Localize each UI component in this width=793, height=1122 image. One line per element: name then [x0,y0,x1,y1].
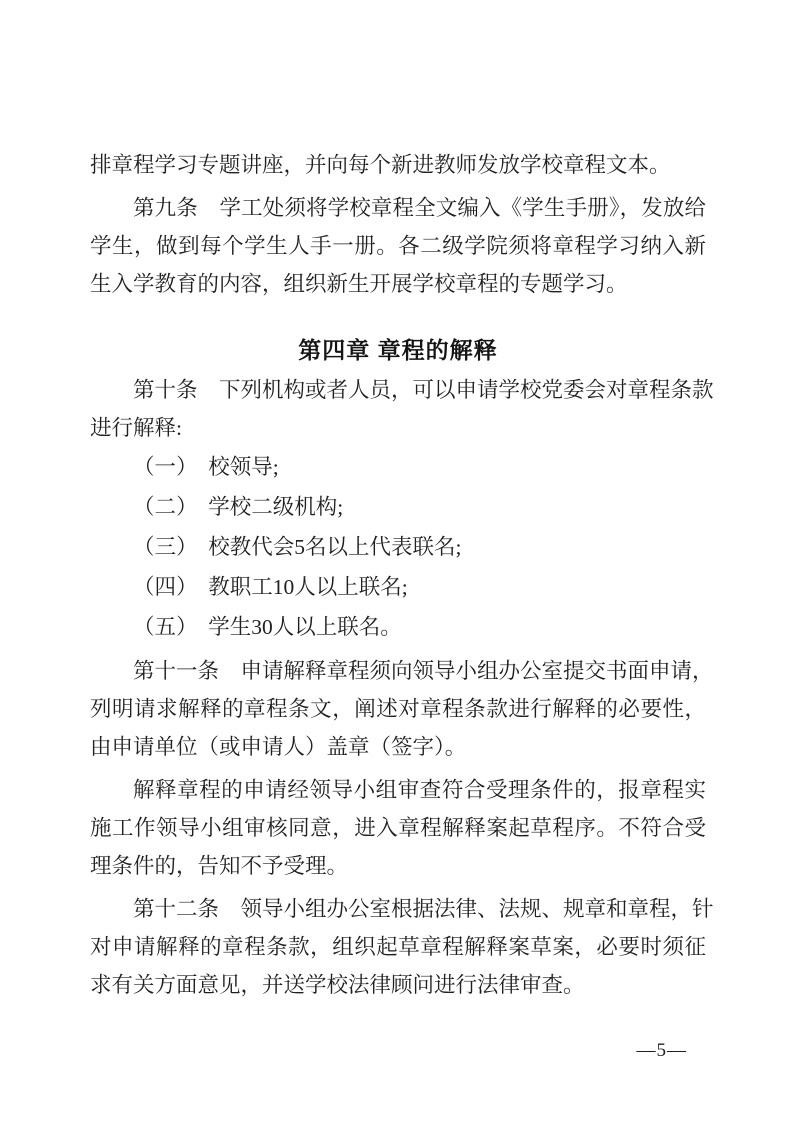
text-line: 进行解释: [90,409,706,447]
page-number: —5— [637,1040,688,1062]
text-line: 由申请单位（或申请人）盖章（签字）。 [90,728,706,766]
page-content: 排章程学习专题讲座，并向每个新进教师发放学校章程文本。 第九条 学工处须将学校章… [90,146,706,1004]
text-line: 施工作领导小组审核同意，进入章程解释案起草程序。不符合受 [90,809,706,847]
text-line: 对申请解释的章程条款，组织起草章程解释案草案，必要时须征 [90,928,706,966]
document-page: 排章程学习专题讲座，并向每个新进教师发放学校章程文本。 第九条 学工处须将学校章… [0,0,793,1122]
text-line: 排章程学习专题讲座，并向每个新进教师发放学校章程文本。 [90,146,706,184]
text-line: 第十条 下列机构或者人员，可以申请学校党委会对章程条款 [90,371,706,409]
text-line: 列明请求解释的章程条文，阐述对章程条款进行解释的必要性， [90,690,706,728]
list-item: （四） 教职工10人以上联名; [90,567,706,607]
list-item: （一） 校领导; [90,447,706,487]
list-item: （三） 校教代会5名以上代表联名; [90,527,706,567]
text-line: 第十一条 申请解释章程须向领导小组办公室提交书面申请， [90,652,706,690]
text-line: 第九条 学工处须将学校章程全文编入《学生手册》，发放给 [90,189,706,227]
list-item: （二） 学校二级机构; [90,487,706,527]
text-line: 第十二条 领导小组办公室根据法律、法规、规章和章程，针 [90,890,706,928]
chapter-heading: 第四章 章程的解释 [90,331,706,369]
text-line: 求有关方面意见，并送学校法律顾问进行法律审查。 [90,966,706,1004]
text-line: 解释章程的申请经领导小组审查符合受理条件的，报章程实 [90,771,706,809]
text-line: 生入学教育的内容，组织新生开展学校章程的专题学习。 [90,265,706,303]
text-line: 理条件的，告知不予受理。 [90,847,706,885]
list-item: （五） 学生30人以上联名。 [90,607,706,647]
text-line: 学生，做到每个学生人手一册。各二级学院须将章程学习纳入新 [90,227,706,265]
